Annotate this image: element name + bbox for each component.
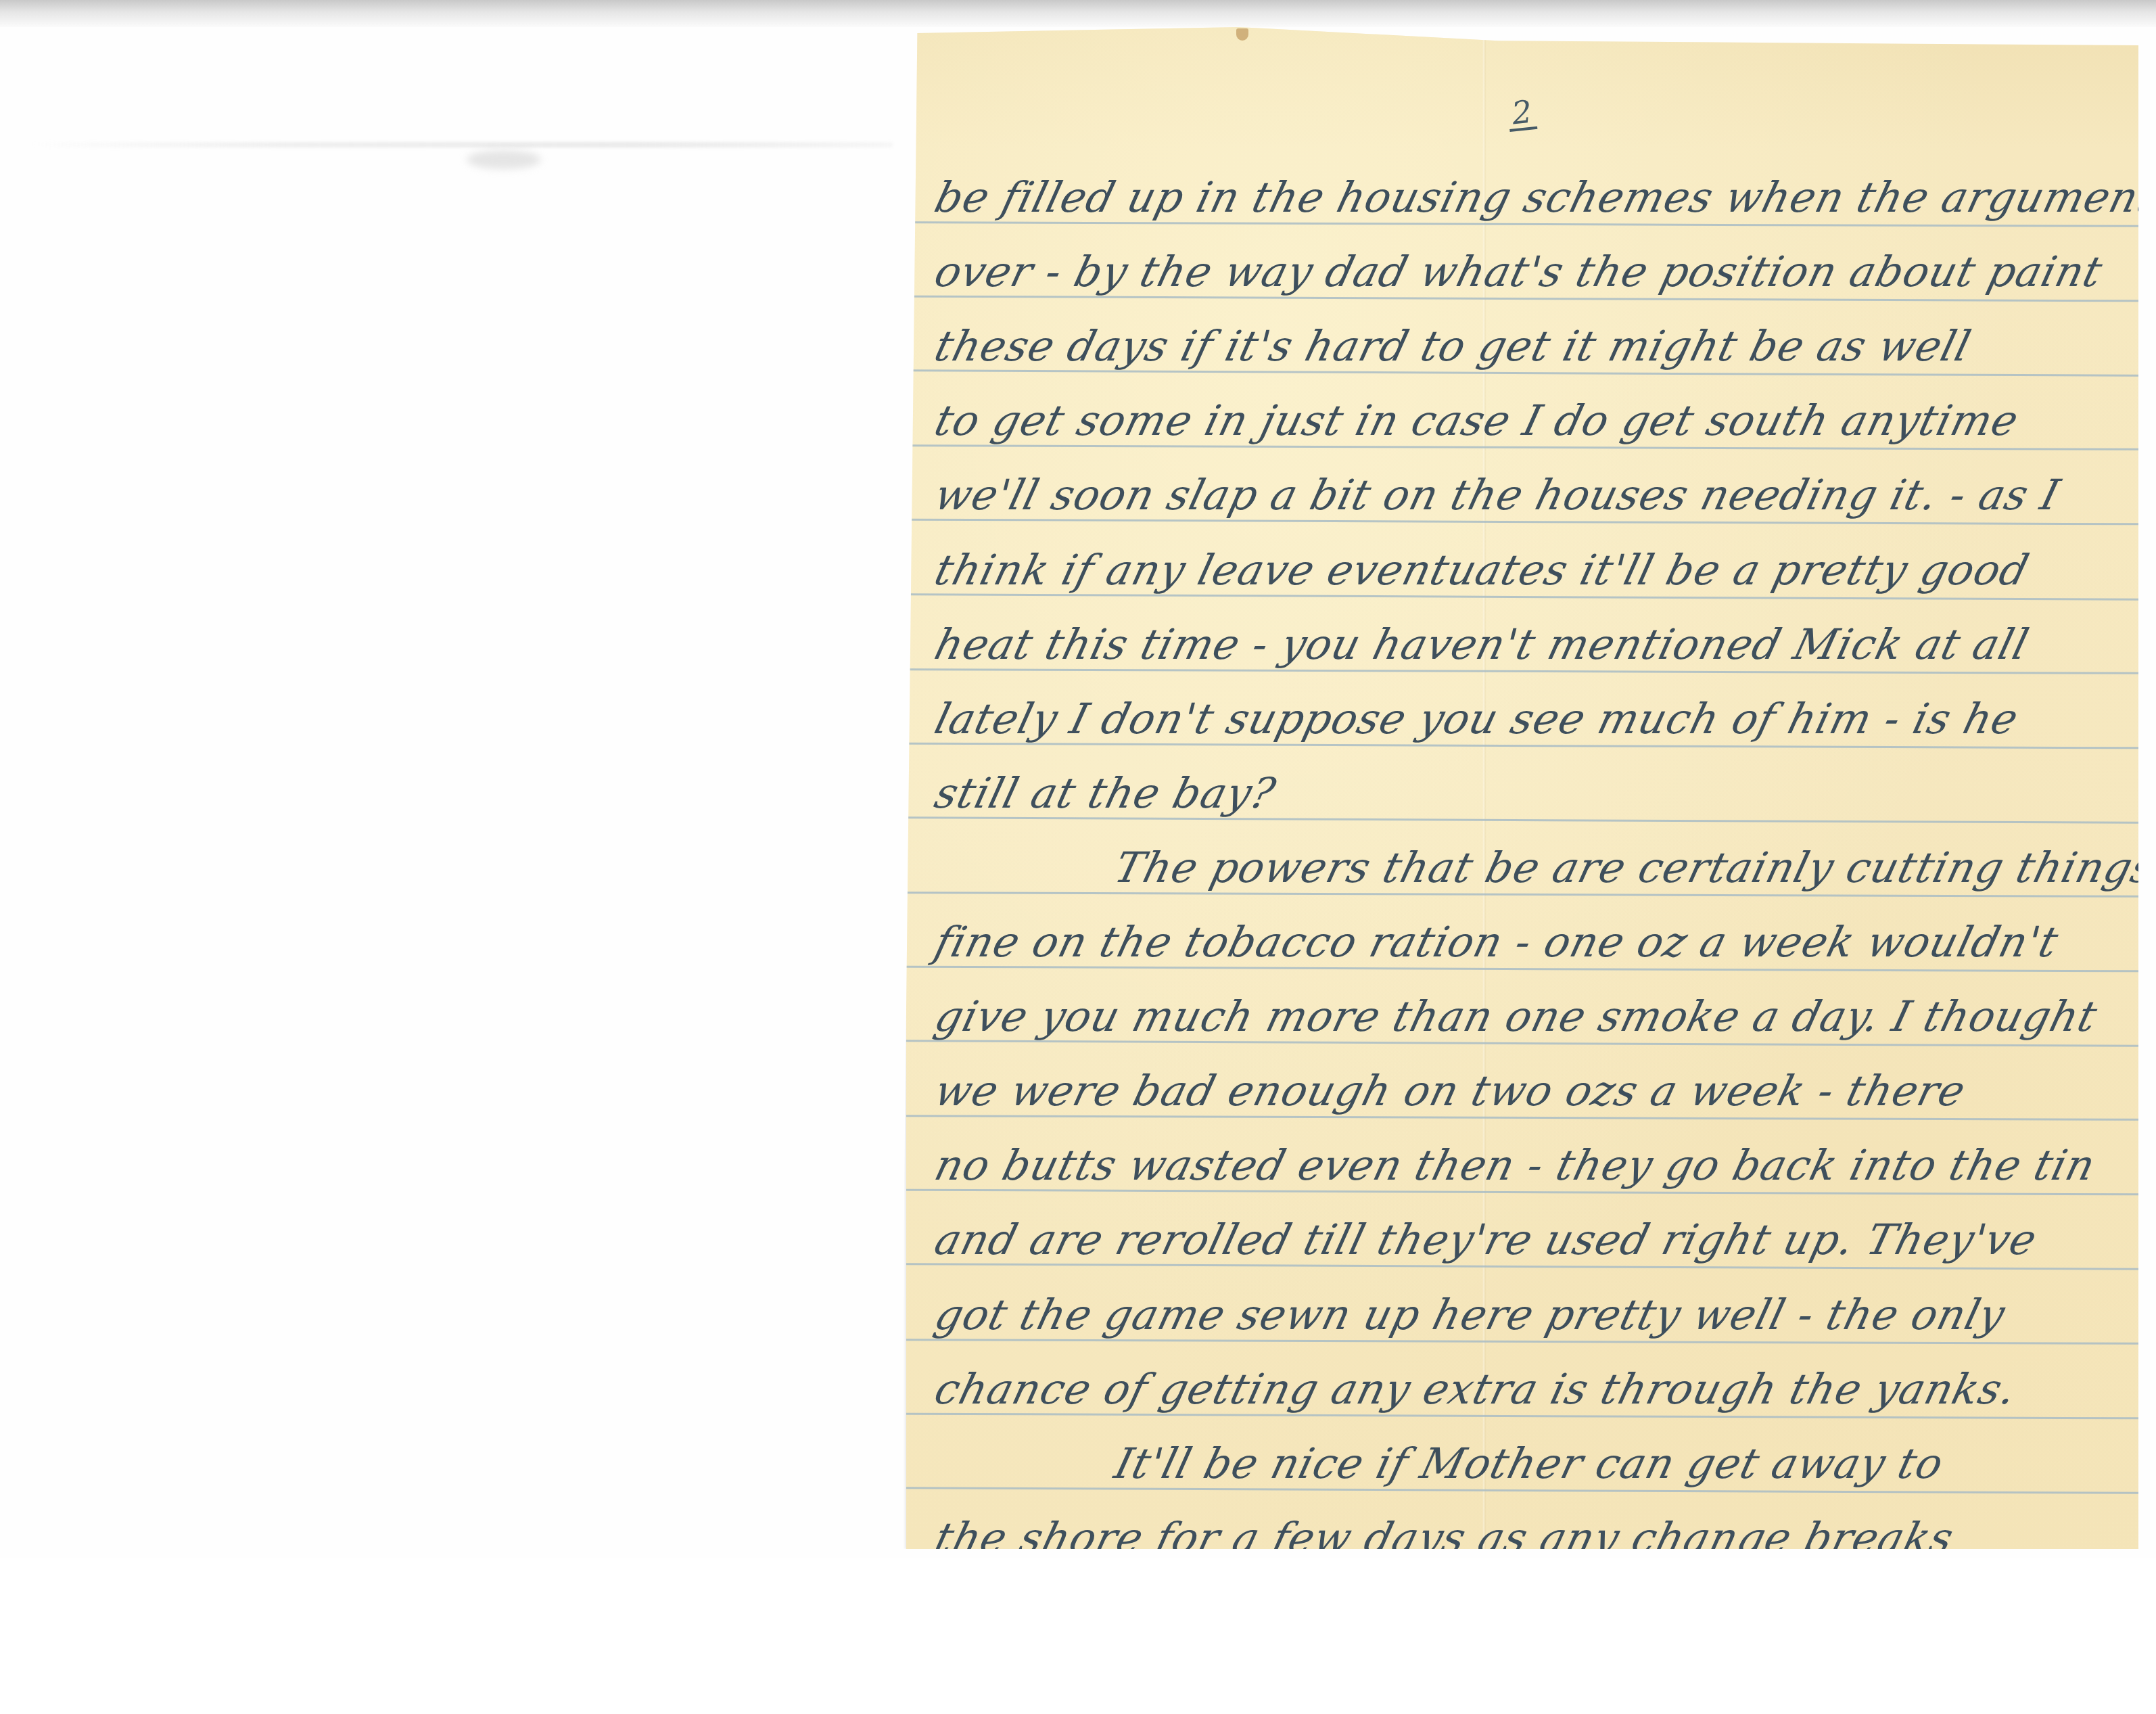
handwritten-line: we'll soon slap a bit on the houses need… (929, 468, 2140, 522)
handwritten-line: give you much more than one smoke a day.… (929, 990, 2140, 1044)
handwritten-line: heat this time - you haven't mentioned M… (929, 618, 2140, 672)
handwritten-line: still at the bay? (929, 766, 2140, 820)
handwritten-line: we were bad enough on two ozs a week - t… (929, 1064, 2140, 1118)
page-number: 2 (1507, 97, 1538, 132)
handwritten-line: think if any leave eventuates it'll be a… (929, 543, 2140, 597)
letter-page: 2 be filled up in the housing schemes wh… (906, 27, 2138, 1549)
handwritten-line: lately I don't suppose you see much of h… (929, 692, 2140, 746)
handwritten-line: over - by the way dad what's the positio… (929, 245, 2140, 299)
faint-bleed-through-mark (27, 142, 893, 147)
handwritten-line: no butts wasted even then - they go back… (929, 1138, 2140, 1192)
handwritten-line: The powers that be are certainly cutting… (1109, 841, 2156, 895)
paper-tear-mark (1236, 28, 1248, 41)
handwritten-line: be filled up in the housing schemes when… (929, 170, 2140, 225)
handwritten-line: fine on the tobacco ration - one oz a we… (929, 915, 2140, 969)
scanner-lid-shadow (0, 0, 2156, 27)
handwritten-line: chance of getting any extra is through t… (929, 1362, 2140, 1416)
faint-smudge (467, 150, 541, 169)
handwritten-line: these days if it's hard to get it might … (929, 319, 2140, 373)
handwritten-line: It'll be nice if Mother can get away to (1109, 1437, 2156, 1491)
handwritten-line: got the game sewn up here pretty well - … (929, 1288, 2140, 1342)
handwritten-line: and are rerolled till they're used right… (929, 1213, 2140, 1267)
handwritten-line: to get some in just in case I do get sou… (929, 394, 2140, 448)
